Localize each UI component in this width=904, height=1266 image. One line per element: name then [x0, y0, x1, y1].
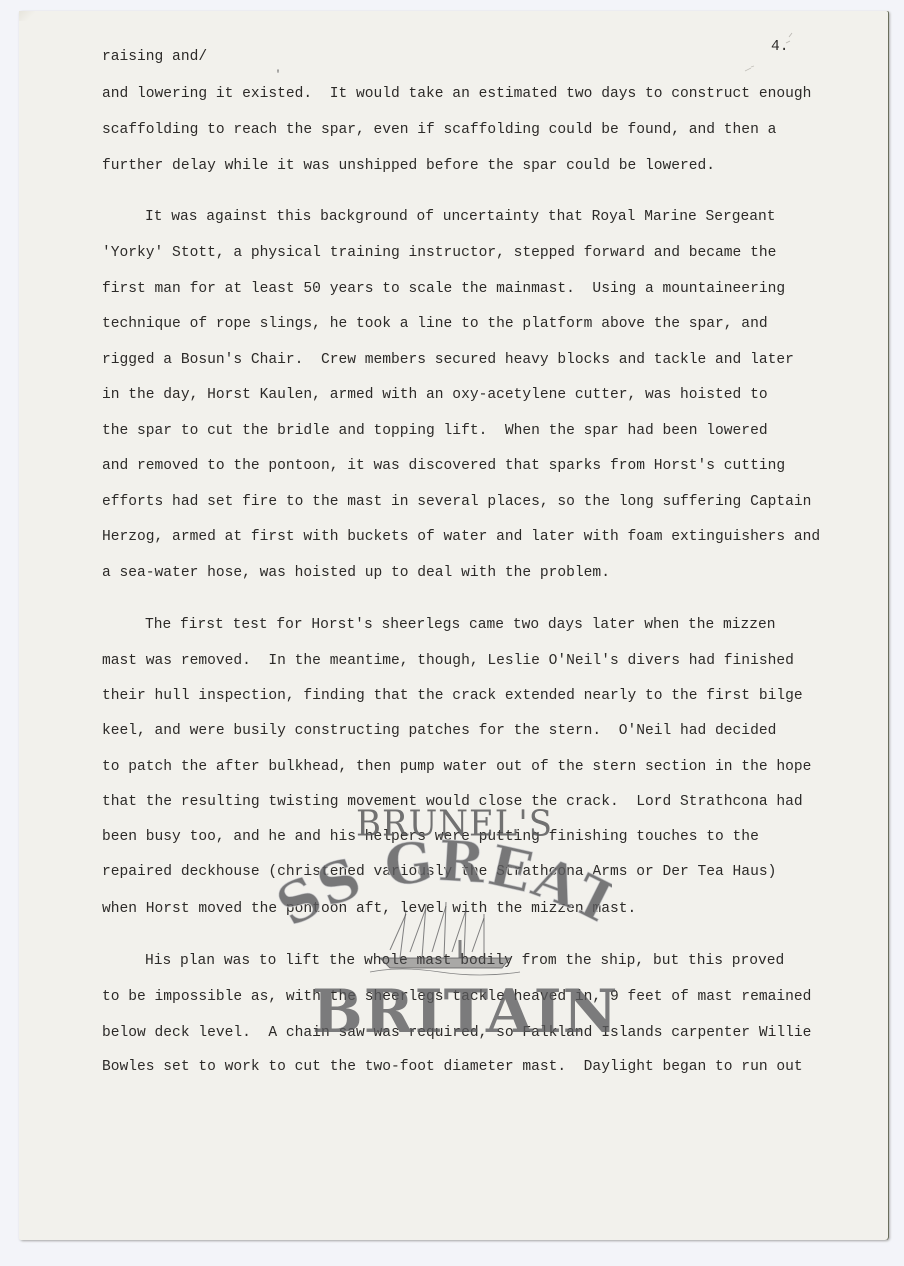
paper-specks — [731, 29, 811, 89]
typed-document-page: 4. raising and/ ' and lowering it existe… — [19, 11, 888, 1240]
text-line: when Horst moved the pontoon aft, level … — [102, 900, 636, 918]
text-line: the spar to cut the bridle and topping l… — [102, 422, 768, 440]
text-line: below deck level. A chain saw was requir… — [102, 1024, 811, 1042]
text-line: scaffolding to reach the spar, even if s… — [102, 121, 776, 139]
text-line: The first test for Horst's sheerlegs cam… — [145, 616, 776, 634]
text-line: that the resulting twisting movement wou… — [102, 793, 803, 811]
text-line: to patch the after bulkhead, then pump w… — [102, 758, 811, 776]
text-line: to be impossible as, with the sheerlegs … — [102, 988, 811, 1006]
text-line: mast was removed. In the meantime, thoug… — [102, 652, 794, 670]
ink-speck: ' — [275, 67, 281, 85]
text-line: and lowering it existed. It would take a… — [102, 85, 811, 103]
text-line: efforts had set fire to the mast in seve… — [102, 493, 811, 511]
text-line: further delay while it was unshipped bef… — [102, 157, 715, 175]
text-line: repaired deckhouse (christened variously… — [102, 863, 776, 881]
text-line: a sea-water hose, was hoisted up to deal… — [102, 564, 610, 582]
text-line: technique of rope slings, he took a line… — [102, 315, 768, 333]
text-line: their hull inspection, finding that the … — [102, 687, 803, 705]
text-line: It was against this background of uncert… — [145, 208, 776, 226]
text-line: keel, and were busily constructing patch… — [102, 722, 776, 740]
text-line: first man for at least 50 years to scale… — [102, 280, 785, 298]
text-line: Bowles set to work to cut the two-foot d… — [102, 1058, 803, 1076]
text-line: and removed to the pontoon, it was disco… — [102, 457, 785, 475]
text-line: been busy too, and he and his helpers we… — [102, 828, 759, 846]
text-line: Herzog, armed at first with buckets of w… — [102, 528, 820, 546]
text-line: 'Yorky' Stott, a physical training instr… — [102, 244, 776, 262]
carryover-heading: raising and/ — [102, 48, 207, 66]
text-line: in the day, Horst Kaulen, armed with an … — [102, 386, 768, 404]
text-line: His plan was to lift the whole mast bodi… — [145, 952, 784, 970]
text-line: rigged a Bosun's Chair. Crew members sec… — [102, 351, 794, 369]
